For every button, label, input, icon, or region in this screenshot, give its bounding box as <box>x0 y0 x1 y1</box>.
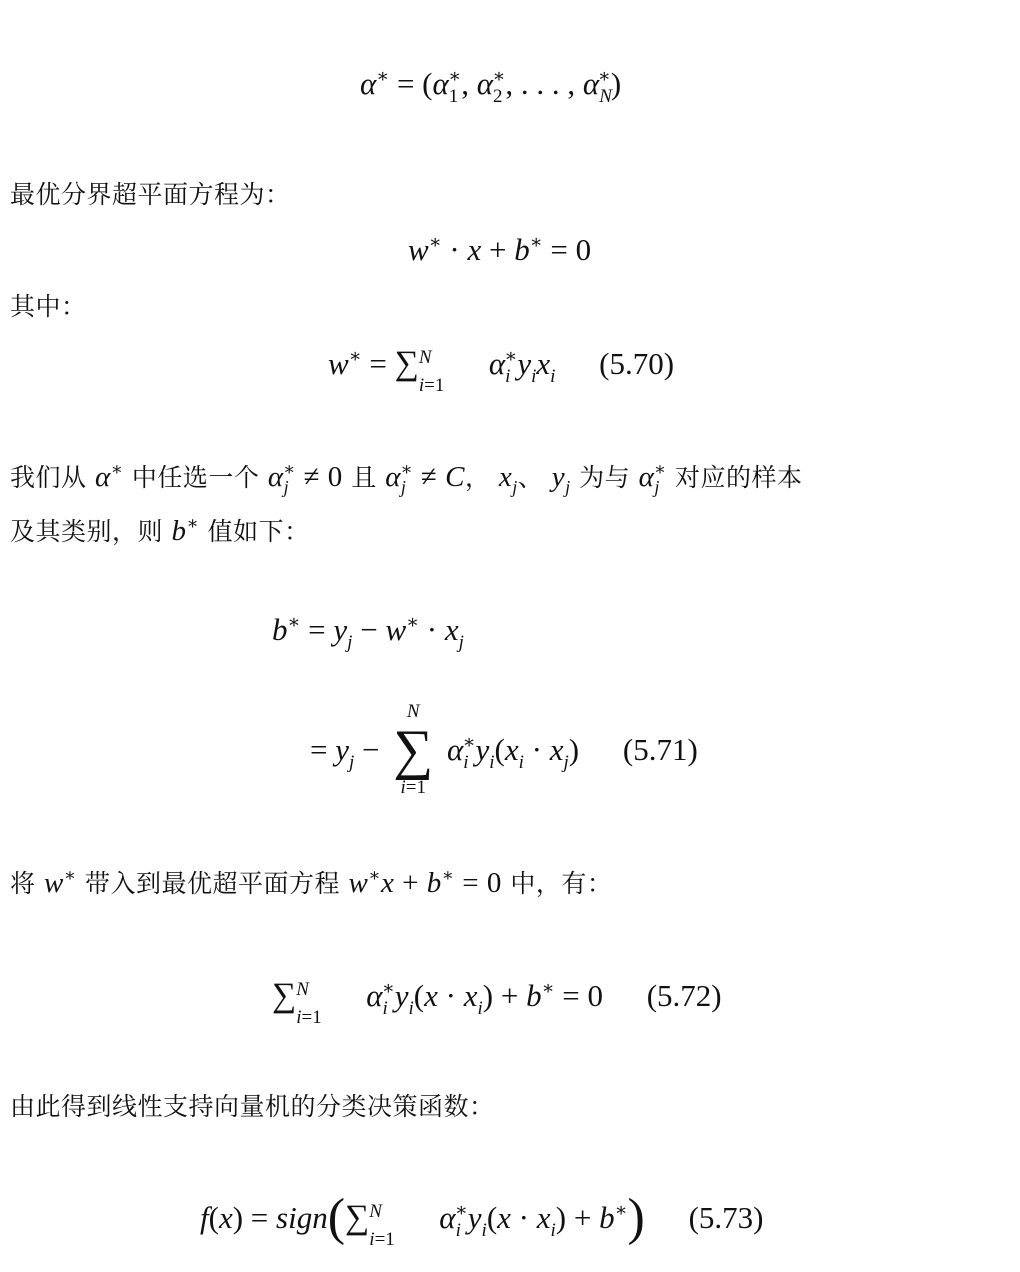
equation-b-star-line1: b∗ = yj − w∗ · xj <box>272 612 464 648</box>
equation-w-star: w∗ = ∑Ni=1αi∗yixi (5.70) <box>328 346 674 382</box>
equation-number-5-70: (5.70) <box>599 346 674 381</box>
equation-number-5-72: (5.72) <box>647 978 722 1013</box>
equation-hyperplane: w∗ · x + b∗ = 0 <box>408 232 591 268</box>
equation-alpha-star: α∗ = (α1∗, α2∗, . . . , αN∗) <box>360 66 621 102</box>
paragraph-where: 其中： <box>10 292 87 322</box>
equation-sum-hyperplane: ∑Ni=1αi∗yi(x · xi) + b∗ = 0 (5.72) <box>272 978 722 1014</box>
equation-b-star-line2: = yj − N ∑ i=1 αi∗yi(xi · xj) (5.71) <box>310 702 698 798</box>
equation-number-5-73: (5.73) <box>689 1200 764 1235</box>
paragraph-select-alpha: 我们从 α∗ 中任选一个 αj∗ ≠ 0 且 αj∗ ≠ C， xj、 yj 为… <box>10 462 803 493</box>
equation-decision-function: f(x) = sign(∑Ni=1αi∗yi(x · xi) + b∗) (5.… <box>200 1200 764 1236</box>
paragraph-substitute: 将 w∗ 带入到最优超平面方程 w∗x + b∗ = 0 中，有： <box>10 868 612 899</box>
paragraph-b-star-intro: 及其类别，则 b∗ 值如下： <box>10 516 310 547</box>
paragraph-hyperplane-intro: 最优分界超平面方程为： <box>10 180 291 210</box>
equation-number-5-71: (5.71) <box>623 732 698 767</box>
paragraph-decision-intro: 由此得到线性支持向量机的分类决策函数： <box>10 1092 495 1122</box>
